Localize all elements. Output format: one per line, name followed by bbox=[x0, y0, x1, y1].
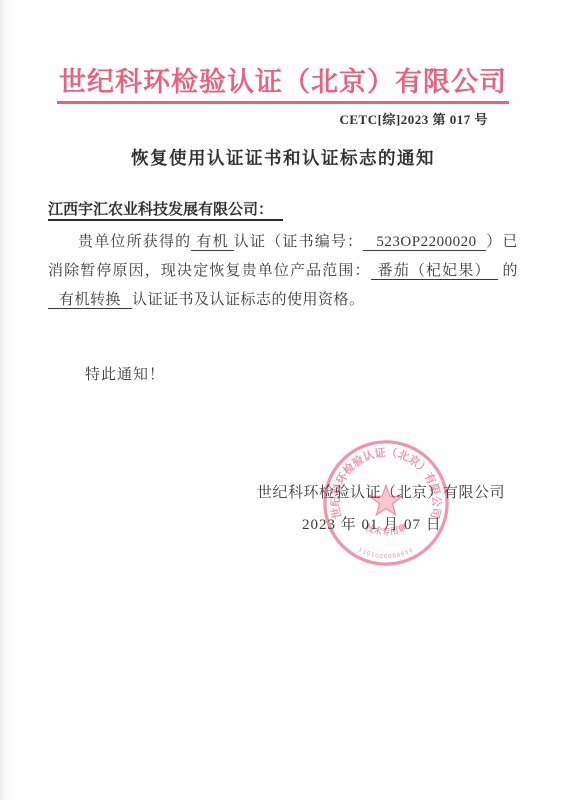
signature-company-name: 世纪科环检验认证（北京）有限公司 bbox=[257, 481, 505, 502]
seal-border-circle bbox=[325, 442, 447, 564]
addressee-company-name: 江西宇汇农业科技发展有限公司： bbox=[48, 202, 283, 221]
notice-title: 恢复使用认证证书和认证标志的通知 bbox=[0, 145, 566, 170]
body-segment: 认证证书及认证标志的使用资格。 bbox=[132, 292, 365, 308]
blank-certificate-number: 523OP2200020 bbox=[363, 234, 485, 251]
blank-certification-type-2: 有机转换 bbox=[48, 292, 132, 309]
body-segment: 的 bbox=[502, 263, 518, 279]
blank-product-scope: 番茄（杞妃果） bbox=[371, 263, 498, 280]
seal-code-digits: 1101000000654 bbox=[357, 547, 415, 560]
seal-graphic: 世纪科环检验认证（北京）有限公司 技术专用章 1101000000654 bbox=[321, 438, 451, 568]
document-page: 世纪科环检验认证（北京）有限公司 CETC[综]2023 第 017 号 恢复使… bbox=[0, 0, 566, 800]
company-letterhead-title: 世纪科环检验认证（北京）有限公司 bbox=[57, 60, 509, 104]
signature-date: 2023 年 01 月 07 日 bbox=[302, 513, 442, 534]
addressee-line: 江西宇汇农业科技发展有限公司： bbox=[48, 198, 283, 219]
body-segment: 认证（证书编号： bbox=[234, 234, 364, 250]
notice-body-paragraph: 贵单位所获得的有机认证（证书编号：523OP2200020）已消除暂停原因，现决… bbox=[48, 228, 518, 315]
body-segment: 贵单位所获得的 bbox=[78, 234, 191, 250]
letterhead: 世纪科环检验认证（北京）有限公司 bbox=[0, 60, 566, 104]
document-reference-number: CETC[综]2023 第 017 号 bbox=[339, 109, 488, 128]
official-seal-stamp: 世纪科环检验认证（北京）有限公司 技术专用章 1101000000654 bbox=[321, 438, 451, 568]
closing-statement: 特此通知！ bbox=[85, 363, 165, 384]
blank-certification-type: 有机 bbox=[191, 234, 233, 251]
